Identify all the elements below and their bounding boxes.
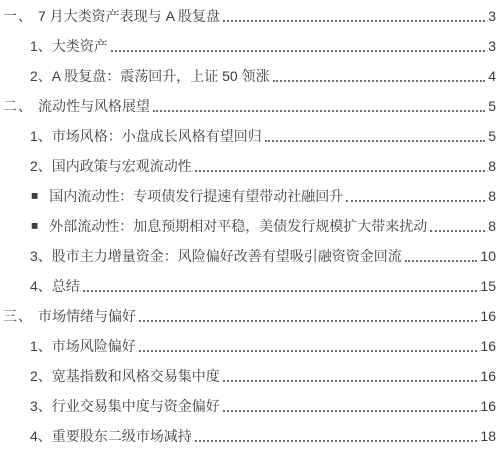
toc-entry[interactable]: 一、 7 月大类资产表现与 A 股复盘 3	[0, 1, 496, 31]
toc-entry[interactable]: 2、 A 股复盘：震荡回升，上证 50 领涨 4	[0, 61, 496, 91]
toc-entry-marker: ■	[31, 189, 38, 203]
toc-entry-page-number: 18	[480, 428, 496, 444]
toc-entry[interactable]: 1、 大类资产 3	[0, 31, 496, 61]
toc-dot-leader	[346, 200, 485, 202]
toc-entry-page-number: 5	[488, 98, 496, 114]
toc-entry-marker: 二、	[3, 96, 33, 116]
toc-entry[interactable]: 3、 股市主力增量资金：风险偏好改善有望吸引融资资金回流 10	[0, 241, 496, 271]
toc-entry-title: 股市主力增量资金：风险偏好改善有望吸引融资资金回流	[52, 246, 402, 266]
toc-entry-page-number: 4	[488, 68, 496, 84]
toc-dot-leader	[139, 350, 478, 352]
toc-entry-marker: 4、	[30, 426, 52, 446]
toc-entry[interactable]: 三、 市场情绪与偏好 16	[0, 301, 496, 331]
toc-dot-leader	[265, 140, 485, 142]
toc-entry-marker: 3、	[30, 396, 52, 416]
toc-entry-marker: 3、	[30, 246, 52, 266]
toc-entry[interactable]: 1、 市场风格：小盘成长风格有望回归 5	[0, 121, 496, 151]
toc-dot-leader	[195, 170, 485, 172]
toc-entry-title: 外部流动性：加息预期相对平稳，美债发行规模扩大带来扰动	[49, 216, 427, 236]
toc-dot-leader	[83, 290, 478, 292]
toc-entry-marker: 三、	[3, 306, 33, 326]
toc-entry-title: A 股复盘：震荡回升，上证 50 领涨	[52, 66, 270, 86]
toc-dot-leader	[139, 320, 477, 322]
toc-entry-page-number: 8	[488, 188, 496, 204]
toc-entry-page-number: 5	[488, 128, 496, 144]
toc-entry-title: 市场风险偏好	[52, 336, 136, 356]
toc-dot-leader	[195, 440, 478, 442]
toc-entry-title: 7 月大类资产表现与 A 股复盘	[38, 6, 220, 26]
toc-entry[interactable]: 2、 宽基指数和风格交易集中度 16	[0, 361, 496, 391]
toc-dot-leader	[430, 230, 485, 232]
toc-dot-leader	[223, 380, 478, 382]
toc-dot-leader	[223, 20, 485, 22]
toc-entry-page-number: 15	[480, 278, 496, 294]
toc-entry-marker: 一、	[3, 6, 33, 26]
toc-entry-title: 市场情绪与偏好	[38, 306, 136, 326]
toc-entry-marker: 2、	[30, 156, 52, 176]
toc-entry-marker: 2、	[30, 366, 52, 386]
toc-entry-page-number: 10	[480, 248, 496, 264]
toc-entry-page-number: 16	[480, 368, 496, 384]
toc-dot-leader	[223, 410, 478, 412]
toc-dot-leader	[111, 50, 485, 52]
toc-entry-marker: 1、	[30, 336, 52, 356]
toc-dot-leader	[153, 110, 485, 112]
toc-entry[interactable]: ■ 外部流动性：加息预期相对平稳，美债发行规模扩大带来扰动 8	[0, 211, 496, 241]
toc-entry-page-number: 8	[488, 218, 496, 234]
toc-entry[interactable]: 2、 国内政策与宏观流动性 8	[0, 151, 496, 181]
toc-dot-leader	[273, 80, 486, 82]
toc-entry-title: 宽基指数和风格交易集中度	[52, 366, 220, 386]
toc-entry-title: 国内流动性：专项债发行提速有望带动社融回升	[49, 186, 343, 206]
toc-entry-page-number: 3	[488, 8, 496, 24]
toc-entry[interactable]: 4、 总结 15	[0, 271, 496, 301]
toc-entry-marker: ■	[31, 219, 38, 233]
toc-entry-title: 重要股东二级市场减持	[52, 426, 192, 446]
toc-entry-page-number: 8	[488, 158, 496, 174]
toc-entry-title: 行业交易集中度与资金偏好	[52, 396, 220, 416]
toc-entry-marker: 1、	[30, 36, 52, 56]
toc-entry-title: 国内政策与宏观流动性	[52, 156, 192, 176]
toc-entry-title: 流动性与风格展望	[38, 96, 150, 116]
toc-entry[interactable]: 3、 行业交易集中度与资金偏好 16	[0, 391, 496, 421]
toc-entry[interactable]: ■ 国内流动性：专项债发行提速有望带动社融回升 8	[0, 181, 496, 211]
toc-entry-page-number: 3	[488, 38, 496, 54]
toc-entry-marker: 1、	[30, 126, 52, 146]
toc-entry[interactable]: 4、 重要股东二级市场减持 18	[0, 421, 496, 451]
toc-entry-page-number: 16	[480, 308, 496, 324]
toc-entry-marker: 2、	[30, 66, 52, 86]
toc-entry[interactable]: 1、 市场风险偏好 16	[0, 331, 496, 361]
toc-entry-title: 总结	[52, 276, 80, 296]
toc-entry-page-number: 16	[480, 398, 496, 414]
toc-entry-title: 市场风格：小盘成长风格有望回归	[52, 126, 262, 146]
toc-entry[interactable]: 二、 流动性与风格展望 5	[0, 91, 496, 121]
toc-entry-marker: 4、	[30, 276, 52, 296]
toc-dot-leader	[405, 260, 478, 262]
toc-entry-page-number: 16	[480, 338, 496, 354]
toc-entry-title: 大类资产	[52, 36, 108, 56]
table-of-contents: 一、 7 月大类资产表现与 A 股复盘 3 1、 大类资产 3 2、 A 股复盘…	[0, 0, 500, 451]
